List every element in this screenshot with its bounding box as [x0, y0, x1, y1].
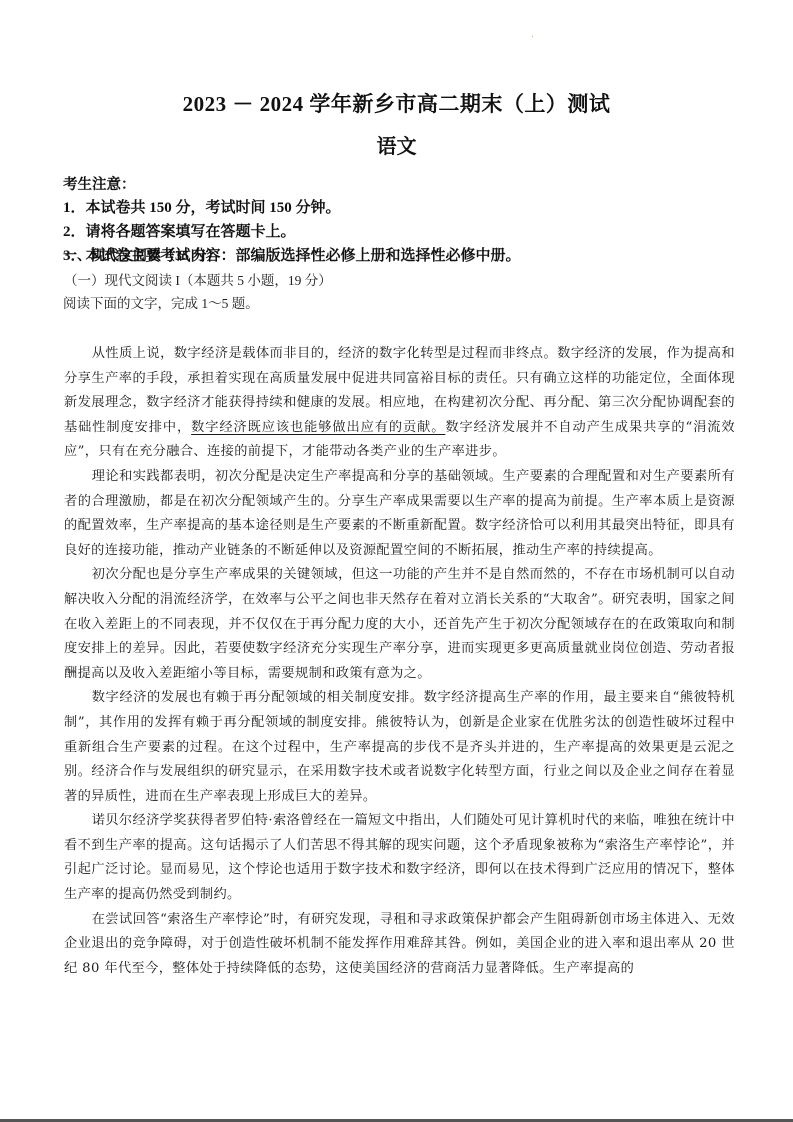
reading-instruction: 阅读下面的文字，完成 1～5 题。: [63, 292, 259, 312]
paragraph: 数字经济的发展也有赖于再分配领域的相关制度安排。数字经济提高生产率的作用，最主要…: [64, 686, 735, 809]
paragraph: 诺贝尔经济学奖获得者罗伯特·索洛曾经在一篇短文中指出，人们随处可见计算机时代的来…: [64, 809, 735, 907]
section-subheading: （一）现代文阅读 I（本题共 5 小题，19 分）: [64, 269, 332, 289]
notice-heading: 考生注意：: [63, 174, 743, 196]
section-heading: 一、现代文阅读（35 分）: [63, 245, 221, 265]
notice-item: 1．本试卷共 150 分，考试时间 150 分钟。: [63, 196, 743, 220]
exam-subject: 语文: [0, 130, 793, 159]
paragraph: 初次分配也是分享生产率成果的关键领域，但这一功能的产生并不是自然而然的，不存在市…: [64, 563, 735, 686]
paragraph: 从性质上说，数字经济是载体而非目的，经济的数字化转型是过程而非终点。数字经济的发…: [64, 342, 735, 465]
exam-title: 2023 － 2024 学年新乡市高二期末（上）测试: [0, 88, 793, 118]
document-page: 2023 － 2024 学年新乡市高二期末（上）测试 语文 考生注意： 1．本试…: [0, 0, 793, 1122]
paragraph: 在尝试回答“索洛生产率悖论”时，有研究发现，寻租和寻求政策保护都会产生阻碍新创市…: [64, 908, 735, 982]
scan-artifact-dot: [532, 36, 533, 37]
underlined-sentence: 数字经济既应该也能够做出应有的贡献。: [191, 420, 445, 435]
paragraph: 理论和实践都表明，初次分配是决定生产率提高和分享的基础领域。生产要素的合理配置和…: [64, 465, 735, 563]
notice-item: 2．请将各题答案填写在答题卡上。: [63, 220, 743, 244]
reading-passage: 从性质上说，数字经济是载体而非目的，经济的数字化转型是过程而非终点。数字经济的发…: [64, 342, 735, 981]
